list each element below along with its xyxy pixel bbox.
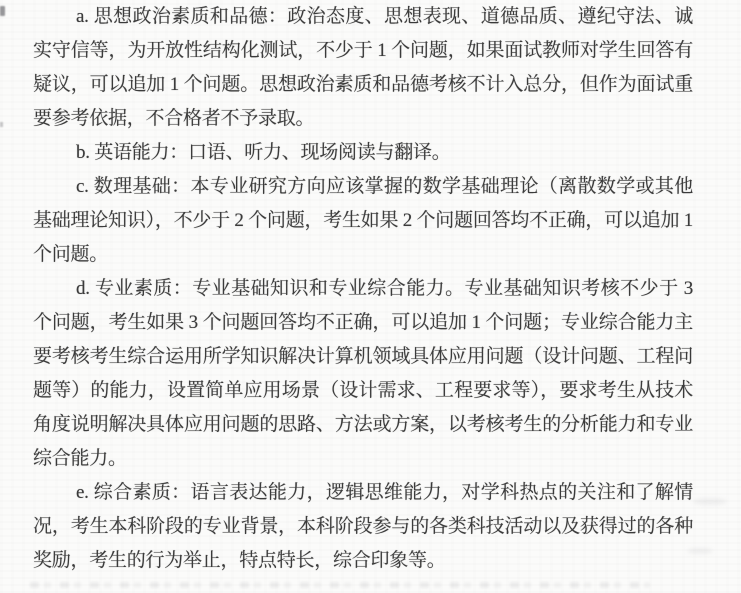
scan-smudge-artifact	[693, 498, 727, 505]
scan-smudge-artifact	[687, 548, 713, 554]
paragraph-a-ideological-political-quality: a. 思想政治素质和品德：政治态度、思想表现、道德品质、遵纪守法、诚实守信等，为…	[33, 0, 693, 136]
document-text-block: a. 思想政治素质和品德：政治态度、思想表现、道德品质、遵纪守法、诚实守信等，为…	[33, 0, 693, 578]
scanned-document-page: { "page": { "colors": { "paper": "#fbfbf…	[0, 0, 741, 593]
scan-speck-artifact	[0, 122, 3, 127]
paragraph-e-comprehensive-quality: e. 综合素质：语言表达能力，逻辑思维能力，对学科热点的关注和了解情况，考生本科…	[33, 476, 693, 578]
paragraph-c-math-foundation: c. 数理基础：本专业研究方向应该掌握的数学基础理论（离散数学或其他基础理论知识…	[33, 170, 693, 272]
cutoff-next-line-artifact	[30, 582, 650, 588]
paragraph-d-professional-quality: d. 专业素质：专业基础知识和专业综合能力。专业基础知识考核不少于 3 个问题，…	[33, 272, 693, 476]
scan-speck-artifact	[0, 6, 5, 16]
paragraph-b-english-ability: b. 英语能力：口语、听力、现场阅读与翻译。	[33, 136, 693, 170]
